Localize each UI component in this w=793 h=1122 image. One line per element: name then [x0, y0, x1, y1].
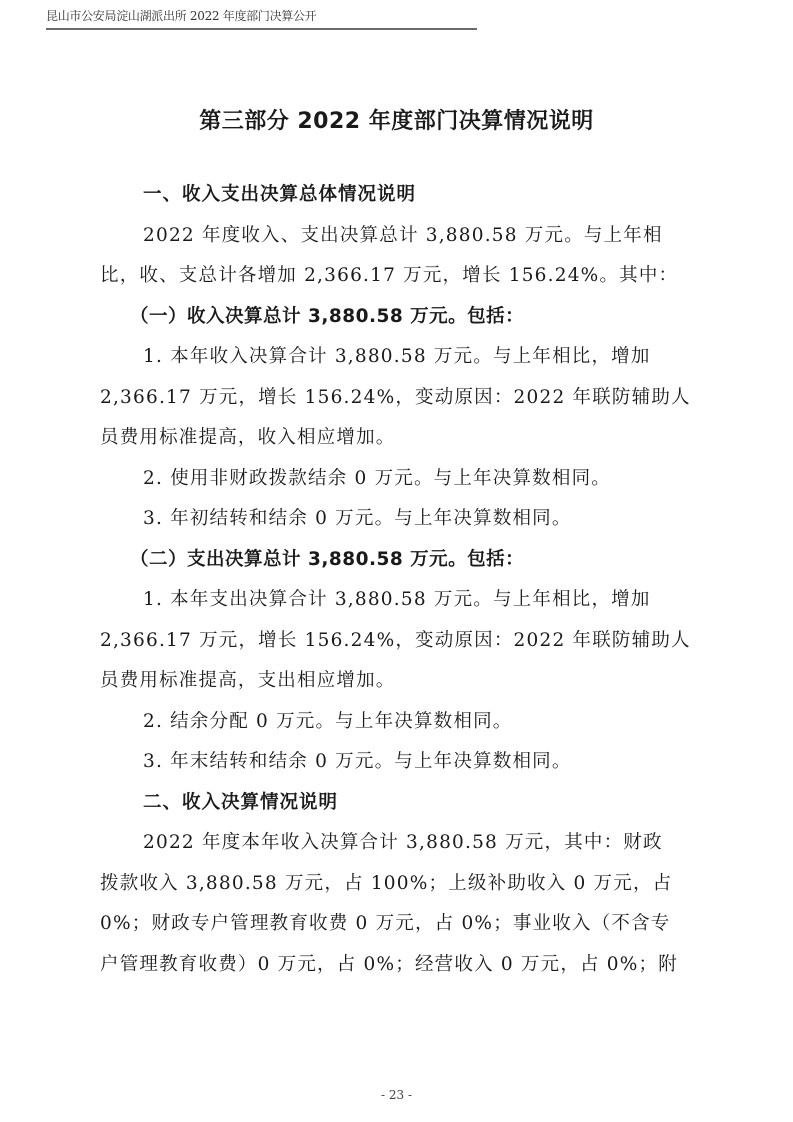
paragraph-line: 3. 年初结转和结余 0 万元。与上年决算数相同。	[100, 499, 712, 540]
page-number: - 23 -	[0, 1088, 793, 1102]
subsection-heading-income: （一）收入决算总计 3,880.58 万元。包括：	[100, 297, 712, 338]
section-heading-overview: 一、收入支出决算总体情况说明	[100, 175, 712, 216]
paragraph-line: 拨款收入 3,880.58 万元，占 100%；上级补助收入 0 万元，占	[100, 864, 712, 905]
paragraph-line: 2. 结余分配 0 万元。与上年决算数相同。	[100, 702, 712, 743]
paragraph-line: 2,366.17 万元，增长 156.24%，变动原因：2022 年联防辅助人	[100, 378, 712, 419]
paragraph-line: 1. 本年支出决算合计 3,880.58 万元。与上年相比，增加	[100, 580, 712, 621]
paragraph-line: 0%；财政专户管理教育收费 0 万元，占 0%；事业收入（不含专	[100, 904, 712, 945]
paragraph-line: 2,366.17 万元，增长 156.24%，变动原因：2022 年联防辅助人	[100, 621, 712, 662]
paragraph-line: 2022 年度本年收入决算合计 3,880.58 万元，其中：财政	[100, 823, 712, 864]
paragraph-line: 2022 年度收入、支出决算总计 3,880.58 万元。与上年相	[100, 216, 712, 257]
paragraph-line: 3. 年末结转和结余 0 万元。与上年决算数相同。	[100, 742, 712, 783]
paragraph-line: 1. 本年收入决算合计 3,880.58 万元。与上年相比，增加	[100, 337, 712, 378]
paragraph-line: 员费用标准提高，支出相应增加。	[100, 661, 712, 702]
subsection-heading-expenditure: （二）支出决算总计 3,880.58 万元。包括：	[100, 540, 712, 581]
page-title: 第三部分 2022 年度部门决算情况说明	[0, 104, 793, 135]
paragraph-line: 比，收、支总计各增加 2,366.17 万元，增长 156.24%。其中：	[100, 256, 712, 297]
running-header: 昆山市公安局淀山湖派出所 2022 年度部门决算公开	[46, 8, 478, 24]
header-divider	[46, 28, 477, 30]
document-body: 一、收入支出决算总体情况说明 2022 年度收入、支出决算总计 3,880.58…	[100, 175, 712, 985]
paragraph-line: 2. 使用非财政拨款结余 0 万元。与上年决算数相同。	[100, 459, 712, 500]
paragraph-line: 户管理教育收费）0 万元，占 0%；经营收入 0 万元，占 0%；附	[100, 945, 712, 986]
paragraph-line: 员费用标准提高，收入相应增加。	[100, 418, 712, 459]
section-heading-income: 二、收入决算情况说明	[100, 783, 712, 824]
